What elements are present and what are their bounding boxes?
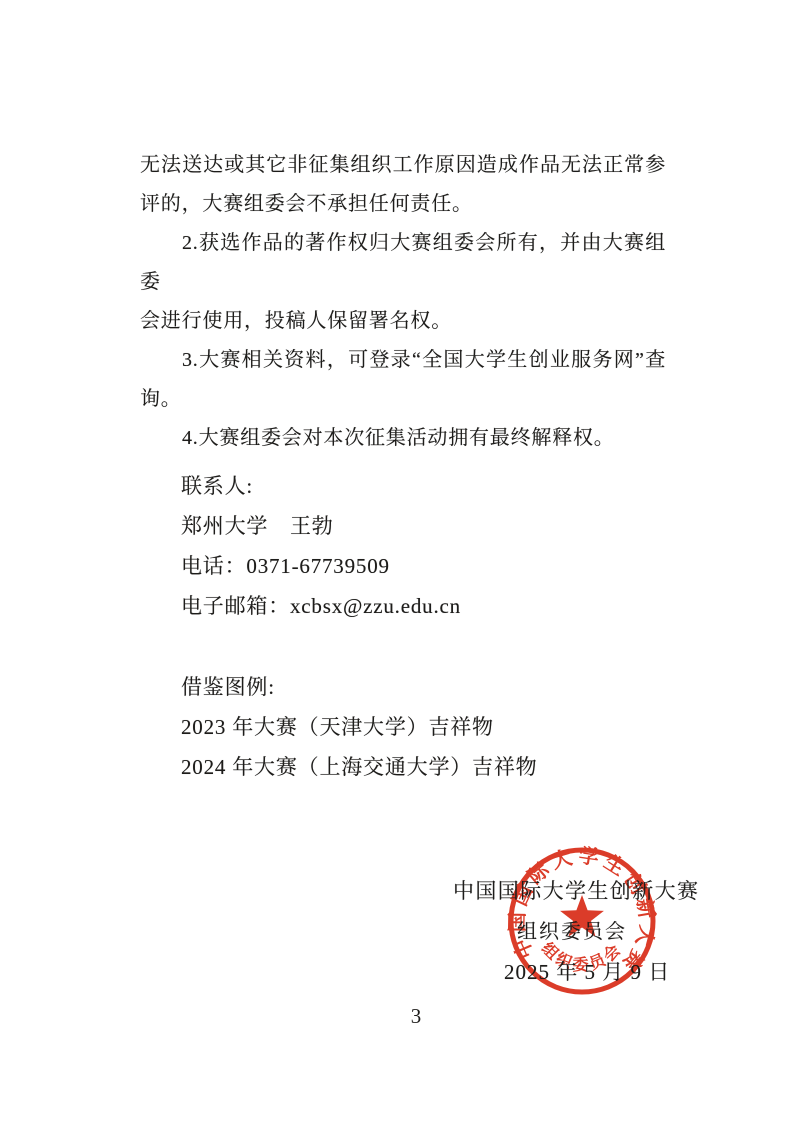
terms-line-6: 询。 (140, 380, 666, 419)
examples-section: 借鉴图例: 2023 年大赛（天津大学）吉祥物 2024 年大赛（上海交通大学）… (181, 667, 537, 787)
signature-org-line-1: 中国国际大学生创新大赛 (453, 876, 699, 906)
contact-email: 电子邮箱：xcbsx@zzu.edu.cn (181, 586, 461, 626)
terms-line-4: 会进行使用，投稿人保留署名权。 (140, 302, 666, 341)
terms-line-3: 2.获选作品的著作权归大赛组委会所有，并由大赛组委 (140, 224, 666, 302)
examples-item-2: 2024 年大赛（上海交通大学）吉祥物 (181, 747, 537, 787)
terms-line-5: 3.大赛相关资料，可登录“全国大学生创业服务网”查 (140, 341, 666, 380)
contact-section: 联系人: 郑州大学 王勃 电话：0371-67739509 电子邮箱：xcbsx… (181, 466, 461, 626)
page-number: 3 (395, 1004, 437, 1029)
examples-label: 借鉴图例: (181, 667, 537, 707)
signature-date: 2025 年 5 月 9 日 (504, 957, 670, 987)
contact-phone: 电话：0371-67739509 (181, 546, 461, 586)
terms-line-2: 评的，大赛组委会不承担任何责任。 (140, 185, 666, 224)
terms-line-1: 无法送达或其它非征集组织工作原因造成作品无法正常参 (140, 146, 666, 185)
terms-section: 无法送达或其它非征集组织工作原因造成作品无法正常参 评的，大赛组委会不承担任何责… (140, 146, 666, 458)
contact-label: 联系人: (181, 466, 461, 506)
terms-line-7: 4.大赛组委会对本次征集活动拥有最终解释权。 (140, 419, 666, 458)
document-page: 无法送达或其它非征集组织工作原因造成作品无法正常参 评的，大赛组委会不承担任何责… (0, 0, 793, 1123)
signature-org-line-2: 组织委员会 (517, 917, 627, 947)
contact-affiliation: 郑州大学 王勃 (181, 506, 461, 546)
examples-item-1: 2023 年大赛（天津大学）吉祥物 (181, 707, 537, 747)
